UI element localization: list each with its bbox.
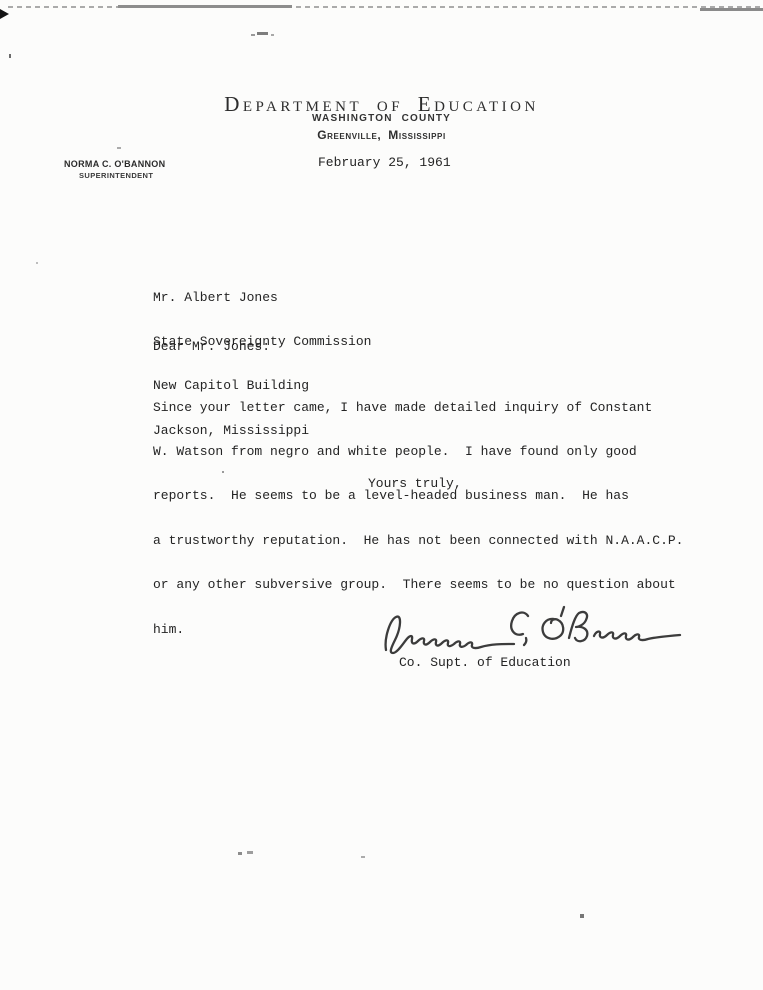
scan-speck: [247, 851, 253, 854]
scan-speck: [238, 852, 242, 855]
scanned-letter-page: Department of Education WASHINGTON COUNT…: [0, 0, 763, 990]
scan-speck: [361, 856, 365, 858]
body-line: or any other subversive group. There see…: [153, 578, 684, 593]
scan-artifact-dark-segment: [118, 5, 292, 8]
body-line: Since your letter came, I have made deta…: [153, 401, 684, 416]
salutation: Dear Mr. Jones:: [153, 340, 270, 355]
scan-speck: [580, 914, 584, 918]
body-line: a trustworthy reputation. He has not bee…: [153, 534, 684, 549]
sender-name: NORMA C. O'BANNON: [64, 159, 165, 169]
signature-title: Co. Supt. of Education: [399, 656, 571, 671]
handwritten-signature: [376, 604, 686, 659]
scan-artifact-corner-mark: [0, 9, 9, 19]
sender-title: SUPERINTENDENT: [79, 171, 153, 180]
scan-artifact-dark-segment-right: [700, 8, 763, 11]
letterhead-county: WASHINGTON COUNTY: [0, 113, 763, 124]
scan-speck: [251, 34, 255, 36]
scan-speck: [117, 147, 121, 149]
scan-speck: [271, 34, 274, 36]
body-line: W. Watson from negro and white people. I…: [153, 445, 684, 460]
letter-date: February 25, 1961: [318, 156, 451, 171]
signature-ink-icon: [376, 604, 686, 659]
letterhead-city: Greenville, Mississippi: [0, 128, 763, 142]
scan-speck: [36, 262, 38, 264]
closing-phrase: Yours truly,: [368, 477, 462, 492]
scan-speck: [257, 32, 268, 35]
scan-speck: [9, 54, 11, 58]
recipient-line: Mr. Albert Jones: [153, 291, 371, 306]
